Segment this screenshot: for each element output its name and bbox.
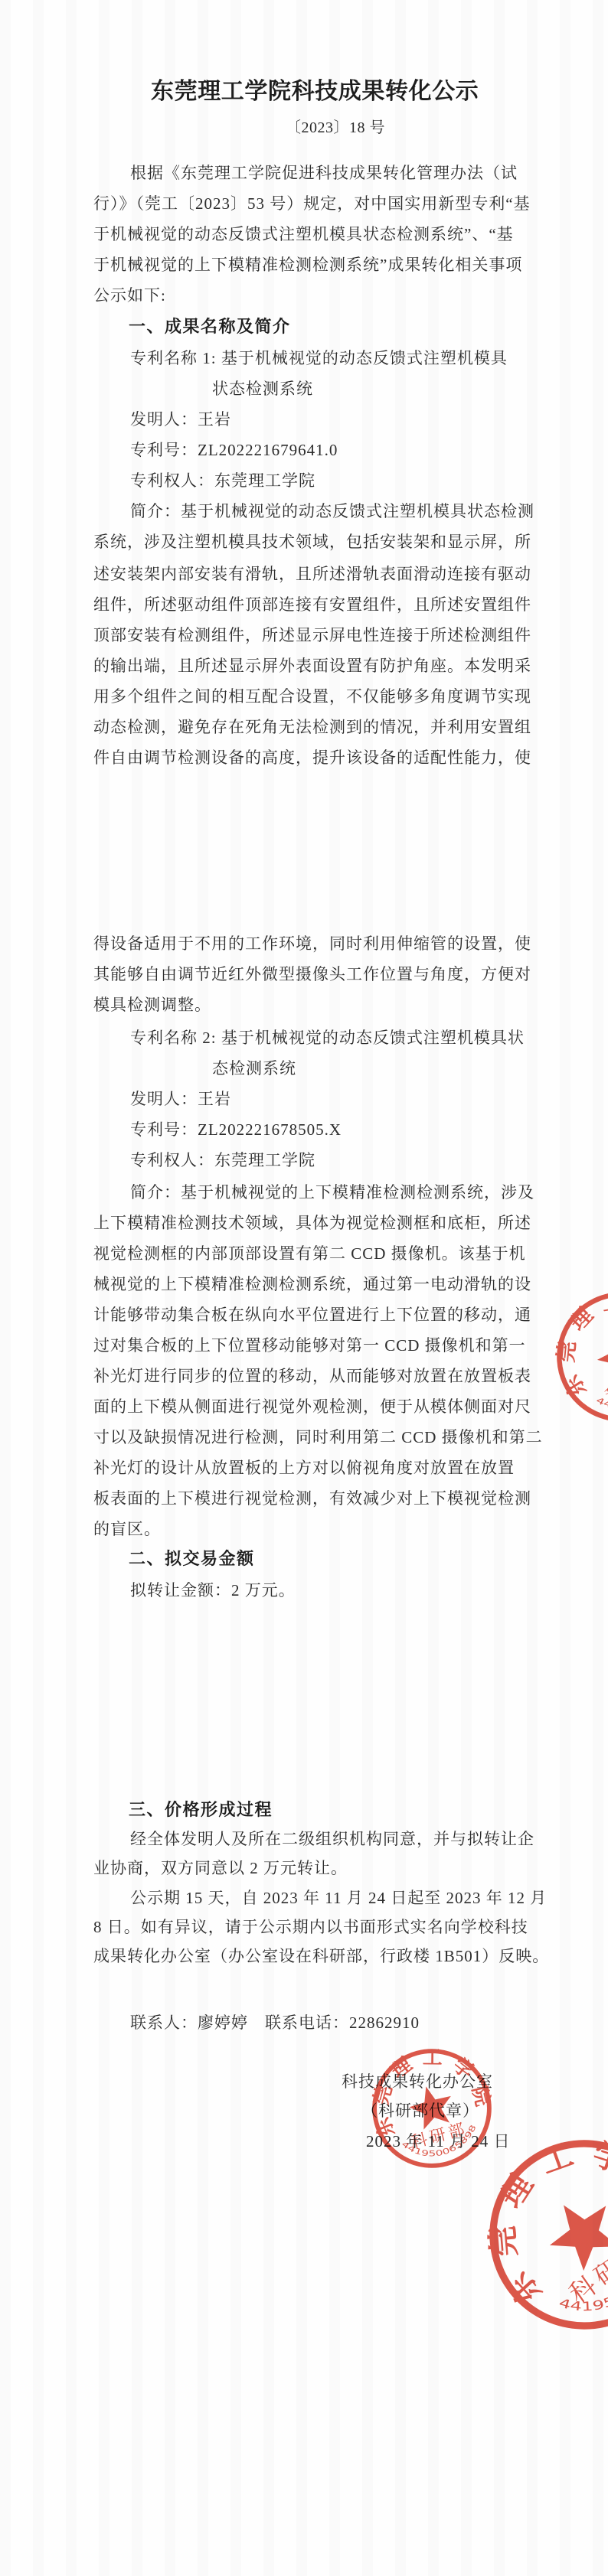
- document-number: 〔2023〕18 号: [286, 115, 385, 137]
- text-line: 模具检测调整。: [93, 995, 211, 1015]
- text-line: 专利权人：东莞理工学院: [130, 1150, 315, 1170]
- text-line: 过对集合板的上下位置移动能够对第一 CCD 摄像机和第一: [93, 1335, 526, 1355]
- text-line: 顶部安装有检测组件，所述显示屏电性连接于所述检测组件: [93, 625, 531, 645]
- text-line: 业协商，双方同意以 2 万元转让。: [93, 1858, 348, 1878]
- seal-star-icon: [590, 1325, 608, 1385]
- text-line: 补光灯进行同步的位置的移动，从而能够对放置在放置板表: [93, 1366, 531, 1386]
- text-line: 发明人：王岩: [130, 1089, 231, 1109]
- section-heading: 一、成果名称及简介: [129, 318, 291, 337]
- text-line: 于机械视觉的动态反馈式注塑机模具状态检测系统”、“基: [93, 224, 514, 244]
- text-line: 行）》（莞工〔2023〕53 号）规定，对中国实用新型专利“基: [93, 194, 531, 214]
- text-line: 简介：基于机械视觉的动态反馈式注塑机模具状态检测: [130, 501, 534, 521]
- text-line: 公示如下:: [93, 285, 166, 305]
- text-line: 根据《东莞理工学院促进科技成果转化管理办法（试: [130, 163, 518, 183]
- text-line: 组件，所述驱动组件顶部连接有安置组件，且所述安置组件: [93, 595, 531, 615]
- official-seal: 东莞理工学院科研部441950065898: [483, 2134, 608, 2336]
- text-line: 专利名称 1: 基于机械视觉的动态反馈式注塑机模具: [130, 348, 508, 368]
- official-seal: 东莞理工学院科研部441950065898: [366, 2043, 498, 2174]
- text-line: 8 日。如有异议，请于公示期内以书面形式实名向学校科技: [93, 1917, 528, 1937]
- text-line: 上下模精准检测技术领域，具体为视觉检测框和底柜，所述: [93, 1213, 531, 1233]
- text-line: 述安装架内部安装有滑轨，且所述滑轨表面滑动连接有驱动: [93, 564, 531, 584]
- text-line: 面的上下模从侧面进行视觉外观检测，便于从模体侧面对尺: [93, 1397, 531, 1417]
- svg-text:东莞理工学院: 东莞理工学院: [551, 1286, 608, 1403]
- text-line: 系统，涉及注塑机模具技术领域，包括安装架和显示屏，所: [93, 532, 531, 552]
- text-line: 专利号：ZL202221679641.0: [130, 440, 338, 460]
- text-line: 于机械视觉的上下模精准检测检测系统”成果转化相关事项: [93, 255, 522, 275]
- text-line: 的盲区。: [93, 1519, 161, 1539]
- text-line: 用多个组件之间的相互配合设置，不仅能够多角度调节实现: [93, 686, 531, 706]
- text-line: 状态检测系统: [212, 379, 313, 399]
- official-seal: 东莞理工学院科研部441950065898: [551, 1286, 608, 1428]
- text-line: 的输出端，且所述显示屏外表面设置有防护角座。本发明采: [93, 656, 531, 676]
- text-line: 视觉检测框的内部顶部设置有第二 CCD 摄像机。该基于机: [93, 1244, 526, 1264]
- text-line: 计能够带动集合板在纵向水平位置进行上下位置的移动，通: [93, 1305, 531, 1325]
- svg-text:东莞理工学院: 东莞理工学院: [366, 2043, 496, 2141]
- text-line: 其能够自由调节近红外微型摄像头工作位置与角度，方便对: [93, 964, 531, 984]
- section-heading: 二、拟交易金额: [129, 1550, 255, 1570]
- document-page: 东莞理工学院科技成果转化公示 〔2023〕18 号 根据《东莞理工学院促进科技成…: [0, 0, 608, 2576]
- text-line: 件自由调节检测设备的高度，提升该设备的适配性能力，使: [93, 748, 531, 768]
- text-line: 简介：基于机械视觉的上下模精准检测检测系统，涉及: [130, 1182, 534, 1202]
- text-line: 专利名称 2: 基于机械视觉的动态反馈式注塑机模具状: [130, 1028, 525, 1048]
- text-line: 补光灯的设计从放置板的上方对以俯视角度对放置在放置: [93, 1458, 515, 1478]
- text-line: 联系人：廖婷婷 联系电话：22862910: [130, 2013, 420, 2033]
- text-line: 拟转让金额：2 万元。: [130, 1580, 296, 1600]
- text-line: 得设备适用于不用的工作环境，同时利用伸缩管的设置，使: [93, 934, 531, 954]
- text-line: 寸以及缺损情况进行检测，同时利用第二 CCD 摄像机和第二: [93, 1427, 543, 1447]
- text-line: 成果转化办公室（办公室设在科研部，行政楼 1B501）反映。: [93, 1946, 549, 1966]
- text-line: 动态检测，避免存在死角无法检测到的情况，并利用安置组: [93, 717, 531, 737]
- text-line: 态检测系统: [212, 1058, 296, 1078]
- document-title: 东莞理工学院科技成果转化公示: [151, 72, 479, 106]
- text-line: 经全体发明人及所在二级组织机构同意，并与拟转让企: [130, 1829, 534, 1849]
- text-line: 公示期 15 天，自 2023 年 11 月 24 日起至 2023 年 12 …: [130, 1888, 547, 1908]
- text-line: 板表面的上下模进行视觉检测，有效减少对上下模视觉检测: [93, 1489, 531, 1508]
- text-line: 专利权人：东莞理工学院: [130, 471, 315, 491]
- text-line: 专利号：ZL202221678505.X: [130, 1120, 342, 1140]
- section-heading: 三、价格形成过程: [129, 1801, 273, 1821]
- text-line: 械视觉的上下模精准检测检测系统，通过第一电动滑轨的设: [93, 1274, 531, 1294]
- text-line: 发明人：王岩: [130, 409, 231, 429]
